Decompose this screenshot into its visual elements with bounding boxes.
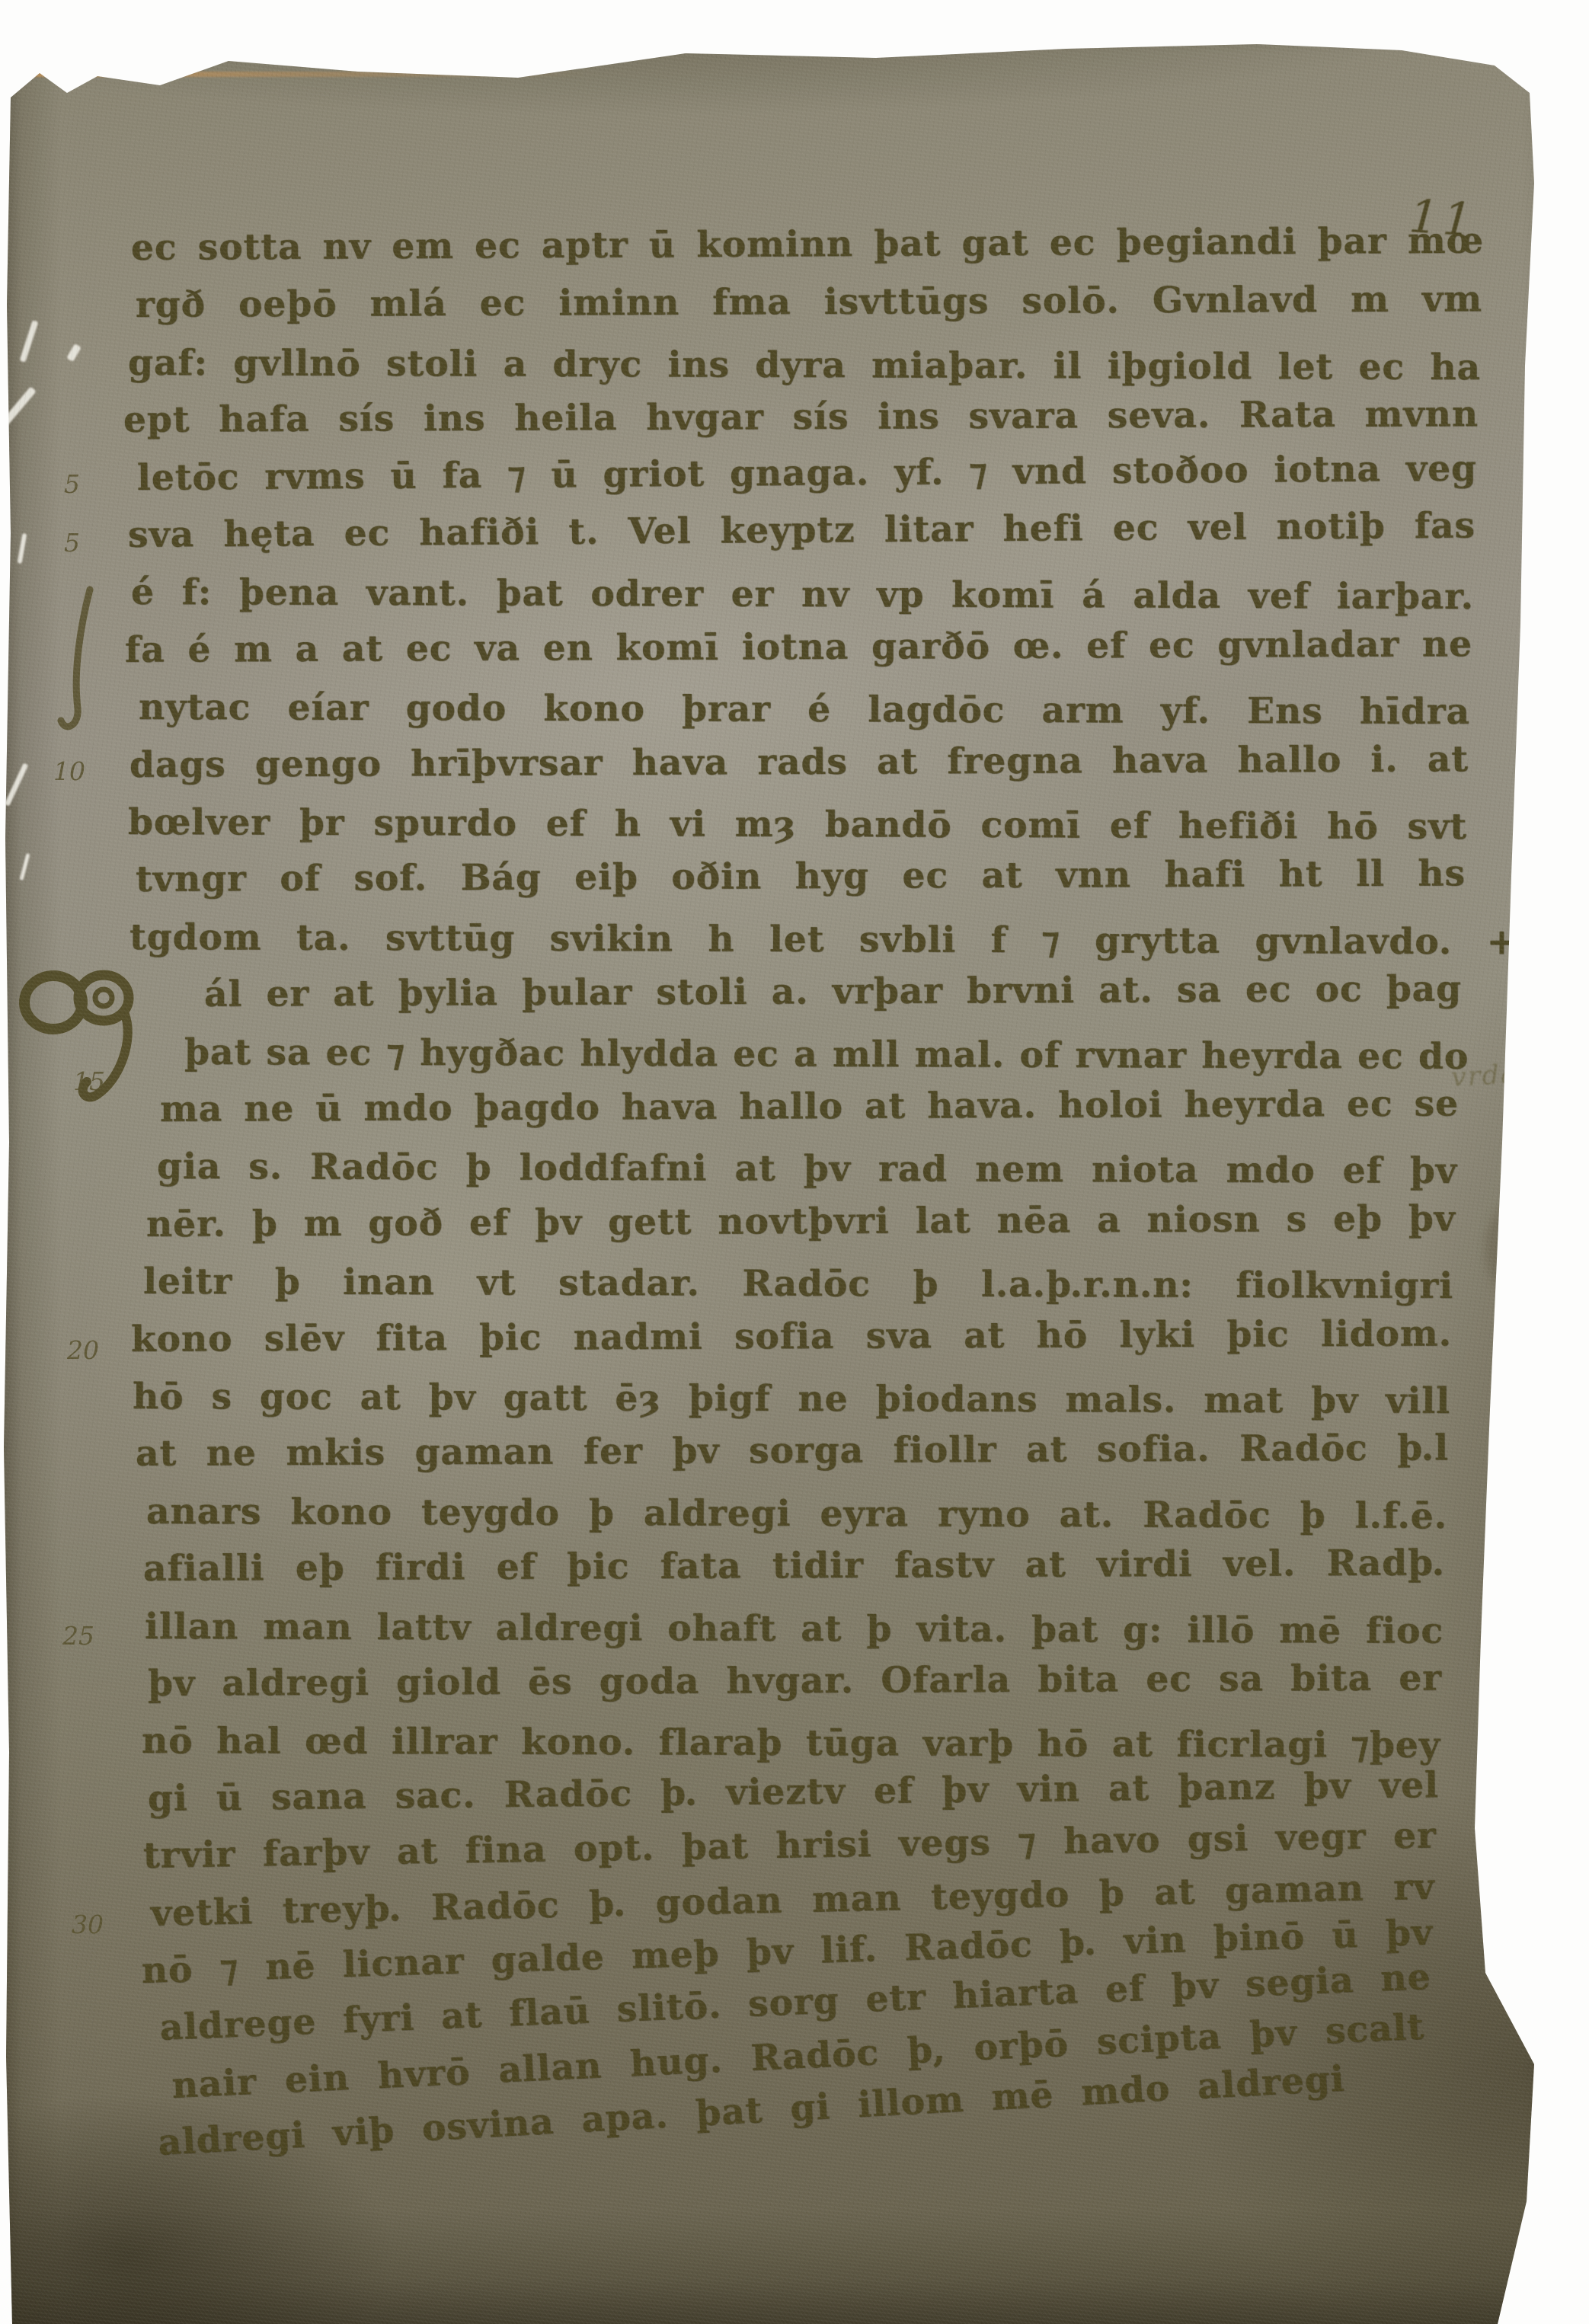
manuscript-line: illan man lattv aldregi ohaft at þ vita.… — [145, 1606, 1444, 1664]
manuscript-line: ál er at þylia þular stoli a. vrþar brvn… — [204, 968, 1462, 1027]
manuscript-line-text: letōc rvms ū fa ⁊ ū griot gnaga. yf. ⁊ v… — [137, 448, 1477, 499]
manuscript-line: tgdom ta. svttūg svikin h let svbli f ⁊ … — [129, 916, 1517, 974]
manuscript-line: rgð oeþō mlá ec iminn fma isvttūgs solō.… — [136, 278, 1482, 337]
manuscript-line: nēr. þ m goð ef þv gett novtþvri lat nēa… — [146, 1197, 1456, 1256]
page-scratch — [18, 533, 27, 564]
manuscript-line-text: ept hafa sís ins heila hvgar sís ins sva… — [123, 393, 1479, 441]
manuscript-line: sva hęta ec hafiði t. Vel keyptz litar h… — [128, 505, 1475, 567]
manuscript-line: at ne mkis gaman fer þv sorga fiollr at … — [136, 1427, 1449, 1486]
manuscript-line-text: fa é m a at ec va en komī iotna garðō œ.… — [125, 623, 1472, 671]
manuscript-line-text: bœlver þr spurdo ef h vi mȝ bandō comī e… — [128, 801, 1467, 848]
photo-backing: 11 vrdar ec sotta nv em ec aptr ū kominn… — [0, 0, 1589, 2324]
manuscript-line-text: nēr. þ m goð ef þv gett novtþvri lat nēa… — [146, 1197, 1456, 1245]
manuscript-line: þv aldregi giold ēs goda hvgar. Ofarla b… — [148, 1657, 1442, 1716]
manuscript-line: letōc rvms ū fa ⁊ ū griot gnaga. yf. ⁊ v… — [137, 448, 1477, 510]
manuscript-line-text: þv aldregi giold ēs goda hvgar. Ofarla b… — [148, 1657, 1442, 1705]
manuscript-line: dags gengo hrīþvrsar hava rads at fregna… — [129, 738, 1469, 798]
manuscript-line: afialli eþ firdi ef þic fata tidir fastv… — [143, 1542, 1445, 1601]
margin-line-number: 15 — [73, 1066, 105, 1096]
page-edge-highlight — [8, 72, 587, 77]
margin-line-number: 5 — [64, 469, 80, 499]
manuscript-line: kono slēv fita þic nadmi sofia sva at hō… — [131, 1312, 1452, 1372]
manuscript-line-text: nō hal œd illrar kono. flaraþ tūga varþ … — [142, 1720, 1440, 1766]
manuscript-line-text: þat sa ec ⁊ hygðac hlydda ec a mll mal. … — [184, 1031, 1460, 1078]
manuscript-line: gia s. Radōc þ loddfafni at þv rad nem n… — [157, 1146, 1457, 1204]
manuscript-line-text: ma ne ū mdo þagdo hava hallo at hava. ho… — [160, 1083, 1459, 1130]
manuscript-line-text: rgð oeþō mlá ec iminn fma isvttūgs solō.… — [136, 278, 1482, 326]
manuscript-line: bœlver þr spurdo ef h vi mȝ bandō comī e… — [128, 801, 1467, 859]
manuscript-line: leitr þ inan vt stadar. Radōc þ l.a.þ.r.… — [143, 1261, 1453, 1319]
manuscript-line-text: tvngr of sof. Bág eiþ oðin hyg ec at vnn… — [136, 852, 1466, 900]
manuscript-line-text: leitr þ inan vt stadar. Radōc þ l.a.þ.r.… — [143, 1261, 1453, 1307]
manuscript-line: tvngr of sof. Bág eiþ oðin hyg ec at vnn… — [136, 852, 1466, 912]
manuscript-line-text: ál er at þylia þular stoli a. vrþar brvn… — [204, 968, 1462, 1015]
manuscript-line-text: sva hęta ec hafiði t. Vel keyptz litar h… — [128, 505, 1475, 556]
manuscript-line-text: ec sotta nv em ec aptr ū kominn þat gat … — [131, 220, 1484, 269]
manuscript-line-text: hō s goc at þv gatt ēȝ þigf ne þiodans m… — [133, 1376, 1450, 1422]
manuscript-line: anars kono teygdo þ aldregi eyra ryno at… — [146, 1491, 1447, 1549]
ink-smudge — [1485, 1196, 1569, 1303]
manuscript-line: fa é m a at ec va en komī iotna garðō œ.… — [125, 623, 1472, 682]
manuscript-line: é f: þena vant. þat odrer er nv vp komī … — [131, 571, 1474, 629]
marginal-flourish — [50, 587, 104, 739]
manuscript-line: gaf: gvllnō stoli a dryc ins dyra miaþar… — [128, 342, 1481, 400]
manuscript-line: ma ne ū mdo þagdo hava hallo at hava. ho… — [160, 1083, 1459, 1142]
margin-line-number: 5 — [64, 528, 80, 558]
manuscript-line-text: anars kono teygdo þ aldregi eyra ryno at… — [146, 1491, 1447, 1537]
manuscript-line: ec sotta nv em ec aptr ū kominn þat gat … — [131, 220, 1484, 280]
margin-line-number: 20 — [67, 1335, 99, 1365]
manuscript-line-text: afialli eþ firdi ef þic fata tidir fastv… — [143, 1542, 1445, 1590]
manuscript-line-text: nytac eíar godo kono þrar é lagdōc arm y… — [139, 686, 1470, 733]
manuscript-page: 11 vrdar ec sotta nv em ec aptr ū kominn… — [0, 0, 1589, 2324]
manuscript-line-text: dags gengo hrīþvrsar hava rads at fregna… — [129, 738, 1469, 786]
page-scratch — [20, 320, 39, 363]
page-scratch — [5, 762, 29, 806]
page-scratch — [0, 386, 37, 443]
manuscript-line-text: at ne mkis gaman fer þv sorga fiollr at … — [136, 1427, 1449, 1475]
manuscript-line-text: é f: þena vant. þat odrer er nv vp komī … — [131, 571, 1474, 618]
manuscript-line: ept hafa sís ins heila hvgar sís ins sva… — [123, 393, 1479, 452]
margin-line-number: 10 — [53, 756, 85, 786]
page-scratch — [66, 344, 82, 362]
ink-smudge — [1482, 1592, 1573, 1714]
manuscript-line-text: tgdom ta. svttūg svikin h let svbli f ⁊ … — [129, 916, 1517, 963]
margin-line-number: 30 — [72, 1910, 104, 1939]
manuscript-line: hō s goc at þv gatt ēȝ þigf ne þiodans m… — [133, 1376, 1450, 1434]
manuscript-line-text: kono slēv fita þic nadmi sofia sva at hō… — [131, 1312, 1452, 1360]
page-scratch — [19, 853, 30, 881]
manuscript-line-text: gaf: gvllnō stoli a dryc ins dyra miaþar… — [128, 342, 1481, 388]
manuscript-line-text: gia s. Radōc þ loddfafni at þv rad nem n… — [157, 1146, 1457, 1192]
manuscript-line: þat sa ec ⁊ hygðac hlydda ec a mll mal. … — [184, 1031, 1460, 1089]
manuscript-line: nytac eíar godo kono þrar é lagdōc arm y… — [139, 686, 1470, 744]
margin-line-number: 25 — [62, 1621, 94, 1651]
manuscript-line-text: illan man lattv aldregi ohaft at þ vita.… — [145, 1606, 1444, 1652]
